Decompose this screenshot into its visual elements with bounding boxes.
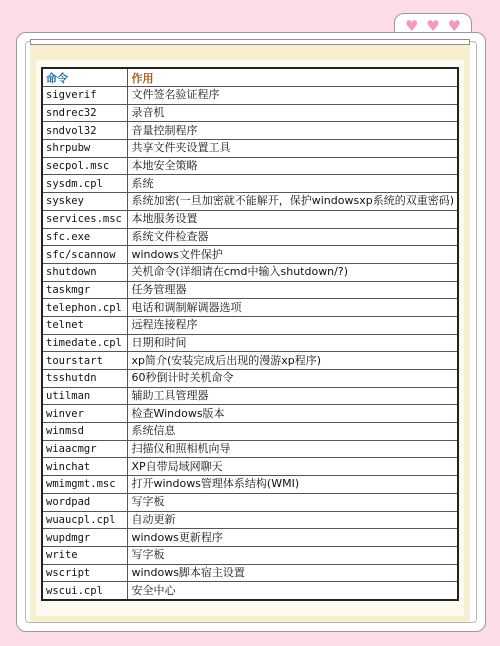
command-cell: winchat bbox=[42, 458, 128, 476]
table-row: telnet远程连接程序 bbox=[42, 316, 458, 334]
command-cell: taskmgr bbox=[42, 281, 128, 299]
table-row: wupdmgrwindows更新程序 bbox=[42, 529, 458, 547]
table-row: sfc/scannowwindows文件保护 bbox=[42, 246, 458, 264]
description-cell: 任务管理器 bbox=[128, 281, 458, 299]
command-cell: wordpad bbox=[42, 493, 128, 511]
table-row: secpol.msc本地安全策略 bbox=[42, 157, 458, 175]
description-cell: 文件签名验证程序 bbox=[128, 87, 458, 105]
table-body: sigverif文件签名验证程序sndrec32录音机sndvol32音量控制程… bbox=[42, 87, 458, 600]
description-cell: 扫描仪和照相机向导 bbox=[128, 440, 458, 458]
table-row: sigverif文件签名验证程序 bbox=[42, 87, 458, 105]
description-cell: 关机命令(详细请在cmd中输入shutdown/?) bbox=[128, 263, 458, 281]
command-cell: wscript bbox=[42, 564, 128, 582]
header-description: 作用 bbox=[128, 68, 458, 87]
table-row: telephon.cpl电话和调制解调器选项 bbox=[42, 299, 458, 317]
table-row: shutdown关机命令(详细请在cmd中输入shutdown/?) bbox=[42, 263, 458, 281]
command-cell: sfc/scannow bbox=[42, 246, 128, 264]
description-cell: 安全中心 bbox=[128, 582, 458, 600]
table-row: wmimgmt.msc打开windows管理体系结构(WMI) bbox=[42, 476, 458, 494]
description-cell: 写字板 bbox=[128, 493, 458, 511]
table-row: taskmgr任务管理器 bbox=[42, 281, 458, 299]
description-cell: 录音机 bbox=[128, 104, 458, 122]
description-cell: 辅助工具管理器 bbox=[128, 387, 458, 405]
description-cell: 日期和时间 bbox=[128, 334, 458, 352]
command-cell: wmimgmt.msc bbox=[42, 476, 128, 494]
command-cell: sysdm.cpl bbox=[42, 175, 128, 193]
command-cell: syskey bbox=[42, 193, 128, 211]
command-cell: winver bbox=[42, 405, 128, 423]
description-cell: xp简介(安装完成后出现的漫游xp程序) bbox=[128, 352, 458, 370]
table-header-row: 命令 作用 bbox=[42, 68, 458, 87]
description-cell: 共享文件夹设置工具 bbox=[128, 140, 458, 158]
command-cell: wupdmgr bbox=[42, 529, 128, 547]
command-cell: secpol.msc bbox=[42, 157, 128, 175]
description-cell: XP自带局域网聊天 bbox=[128, 458, 458, 476]
description-cell: 系统信息 bbox=[128, 423, 458, 441]
description-cell: 系统加密(一旦加密就不能解开，保护windowsxp系统的双重密码) bbox=[128, 193, 458, 211]
command-cell: sfc.exe bbox=[42, 228, 128, 246]
description-cell: 本地安全策略 bbox=[128, 157, 458, 175]
command-cell: sndvol32 bbox=[42, 122, 128, 140]
command-cell: sndrec32 bbox=[42, 104, 128, 122]
command-cell: write bbox=[42, 546, 128, 564]
command-cell: wscui.cpl bbox=[42, 582, 128, 600]
table-row: winmsd系统信息 bbox=[42, 423, 458, 441]
description-cell: 写字板 bbox=[128, 546, 458, 564]
description-cell: 本地服务设置 bbox=[128, 210, 458, 228]
description-cell: 系统文件检查器 bbox=[128, 228, 458, 246]
command-cell: shutdown bbox=[42, 263, 128, 281]
table-row: wordpad写字板 bbox=[42, 493, 458, 511]
description-cell: 远程连接程序 bbox=[128, 316, 458, 334]
table-row: utilman辅助工具管理器 bbox=[42, 387, 458, 405]
table-row: winver检查Windows版本 bbox=[42, 405, 458, 423]
table-row: syskey系统加密(一旦加密就不能解开，保护windowsxp系统的双重密码) bbox=[42, 193, 458, 211]
description-cell: windows脚本宿主设置 bbox=[128, 564, 458, 582]
table-row: sfc.exe系统文件检查器 bbox=[42, 228, 458, 246]
table-row: sndvol32音量控制程序 bbox=[42, 122, 458, 140]
command-cell: winmsd bbox=[42, 423, 128, 441]
header-command: 命令 bbox=[42, 68, 128, 87]
description-cell: 音量控制程序 bbox=[128, 122, 458, 140]
command-cell: tourstart bbox=[42, 352, 128, 370]
table-row: tourstartxp简介(安装完成后出现的漫游xp程序) bbox=[42, 352, 458, 370]
description-cell: windows文件保护 bbox=[128, 246, 458, 264]
command-table: 命令 作用 sigverif文件签名验证程序sndrec32录音机sndvol3… bbox=[41, 67, 459, 601]
description-cell: 电话和调制解调器选项 bbox=[128, 299, 458, 317]
command-cell: shrpubw bbox=[42, 140, 128, 158]
table-row: services.msc本地服务设置 bbox=[42, 210, 458, 228]
description-cell: 60秒倒计时关机命令 bbox=[128, 370, 458, 388]
command-cell: utilman bbox=[42, 387, 128, 405]
command-cell: telephon.cpl bbox=[42, 299, 128, 317]
command-cell: wiaacmgr bbox=[42, 440, 128, 458]
command-cell: tsshutdn bbox=[42, 370, 128, 388]
table-row: timedate.cpl日期和时间 bbox=[42, 334, 458, 352]
top-bar bbox=[30, 39, 470, 45]
description-cell: 系统 bbox=[128, 175, 458, 193]
table-row: wuaucpl.cpl自动更新 bbox=[42, 511, 458, 529]
table-row: wscui.cpl安全中心 bbox=[42, 582, 458, 600]
description-cell: 检查Windows版本 bbox=[128, 405, 458, 423]
table-row: winchatXP自带局域网聊天 bbox=[42, 458, 458, 476]
command-cell: timedate.cpl bbox=[42, 334, 128, 352]
table-row: sndrec32录音机 bbox=[42, 104, 458, 122]
command-cell: sigverif bbox=[42, 87, 128, 105]
table-row: write写字板 bbox=[42, 546, 458, 564]
description-cell: windows更新程序 bbox=[128, 529, 458, 547]
table-row: tsshutdn60秒倒计时关机命令 bbox=[42, 370, 458, 388]
description-cell: 打开windows管理体系结构(WMI) bbox=[128, 476, 458, 494]
command-cell: telnet bbox=[42, 316, 128, 334]
command-cell: wuaucpl.cpl bbox=[42, 511, 128, 529]
command-cell: services.msc bbox=[42, 210, 128, 228]
table-row: shrpubw共享文件夹设置工具 bbox=[42, 140, 458, 158]
table-row: wiaacmgr扫描仪和照相机向导 bbox=[42, 440, 458, 458]
table-row: wscriptwindows脚本宿主设置 bbox=[42, 564, 458, 582]
table-row: sysdm.cpl系统 bbox=[42, 175, 458, 193]
description-cell: 自动更新 bbox=[128, 511, 458, 529]
